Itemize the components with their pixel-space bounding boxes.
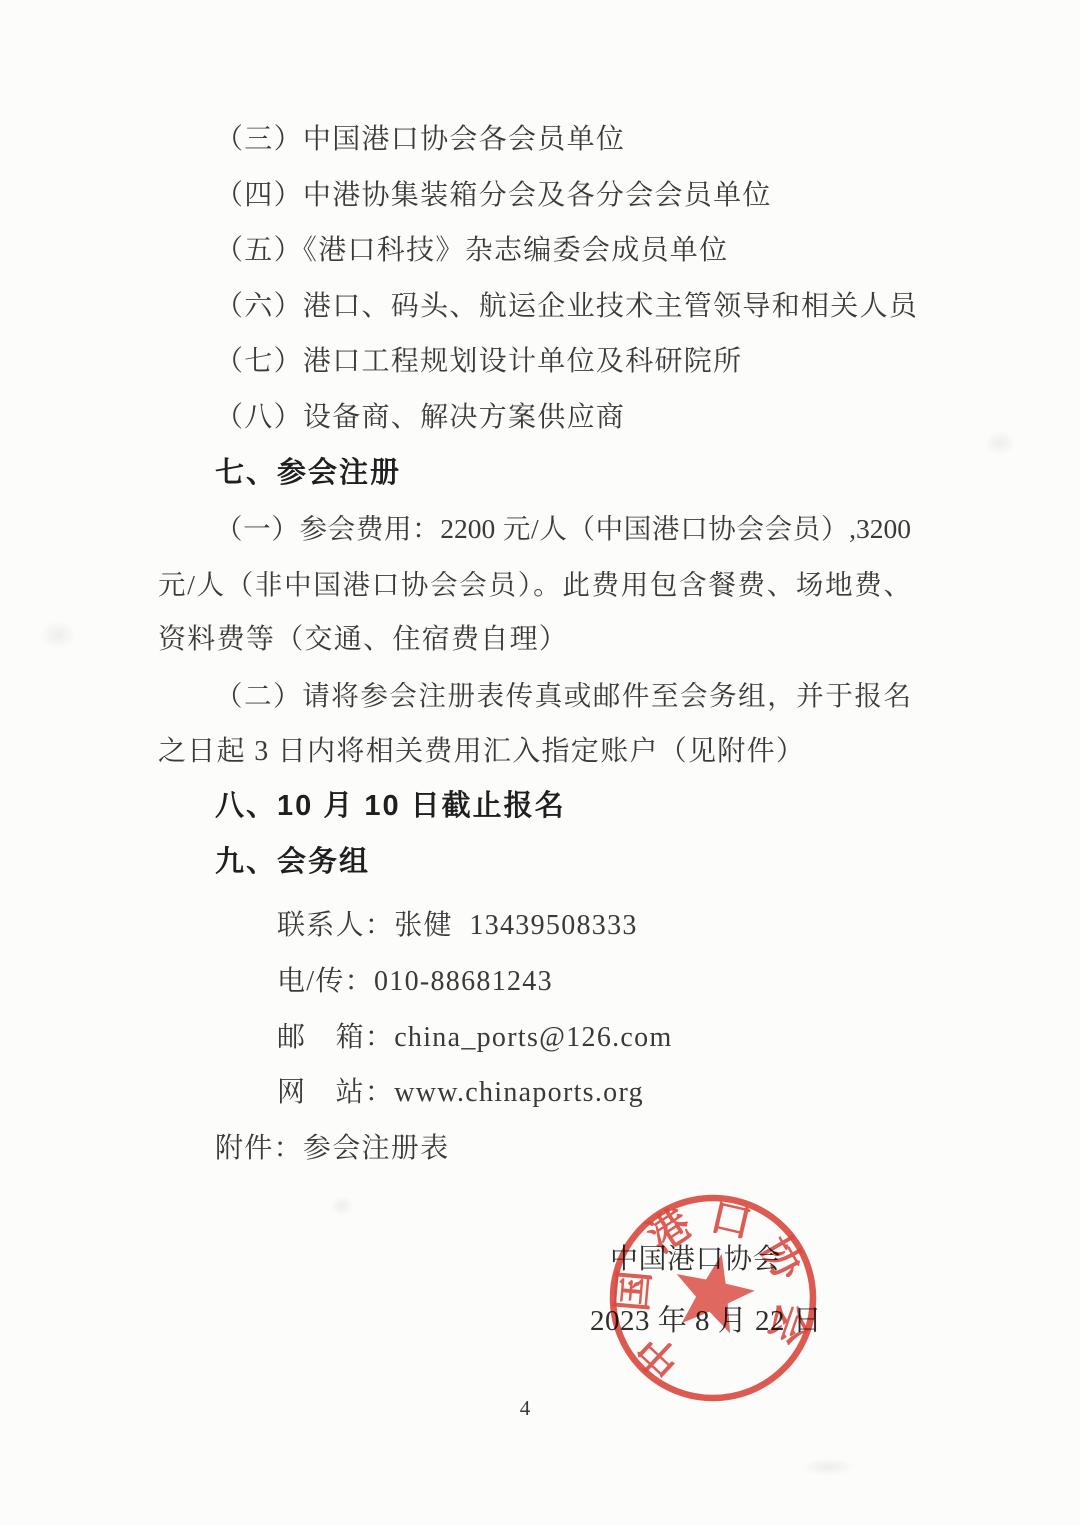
document-line: 资料费等（交通、住宿费自理）: [158, 612, 911, 668]
scan-smudge: [40, 620, 76, 650]
document-line: 元/人（非中国港口协会会员）。此费用包含餐费、场地费、: [158, 557, 911, 613]
seal-ring-char: 港: [640, 1200, 699, 1261]
seal-ring-char: 协: [752, 1229, 813, 1289]
document-line: 网 站：www.chinaports.org: [158, 1065, 911, 1121]
document-body: （三）中国港口协会各会员单位（四）中港协集装箱分会及各分会会员单位（五）《港口科…: [158, 112, 911, 1176]
document-page: （三）中国港口协会各会员单位（四）中港协集装箱分会及各分会会员单位（五）《港口科…: [0, 0, 1080, 1525]
seal-ring-char: 中: [628, 1326, 689, 1388]
seal-ring-char: 会: [760, 1297, 817, 1351]
document-line: 八、10 月 10 日截止报名: [158, 779, 911, 835]
scan-smudge: [800, 1458, 856, 1476]
document-line: 七、参会注册: [158, 446, 911, 502]
document-line: 电/传：010-88681243: [158, 954, 911, 1010]
official-seal-stamp: 中 国 港 口 协 会: [606, 1191, 820, 1405]
document-line: （八）设备商、解决方案供应商: [158, 390, 911, 446]
document-line: （三）中国港口协会各会员单位: [158, 112, 911, 168]
seal-ring-char: 国: [609, 1269, 658, 1314]
scan-smudge: [985, 430, 1015, 456]
document-line: （一）参会费用：2200 元/人（中国港口协会会员）,3200: [158, 501, 911, 557]
scan-smudge: [330, 1196, 354, 1216]
seal-ring-char: 口: [706, 1193, 756, 1247]
document-line: （二）请将参会注册表传真或邮件至会务组，并于报名: [158, 668, 911, 724]
document-line: （七）港口工程规划设计单位及科研院所: [158, 334, 911, 390]
document-line: 九、会务组: [158, 835, 911, 891]
document-line: （四）中港协集装箱分会及各分会会员单位: [158, 168, 911, 224]
document-line: （六）港口、码头、航运企业技术主管领导和相关人员: [158, 279, 911, 335]
document-line: 邮 箱：china_ports@126.com: [158, 1010, 911, 1066]
document-line: 之日起 3 日内将相关费用汇入指定账户（见附件）: [158, 724, 911, 780]
document-line: （五）《港口科技》杂志编委会成员单位: [158, 223, 911, 279]
document-line: 附件：参会注册表: [158, 1121, 911, 1177]
page-number: 4: [505, 1396, 545, 1421]
document-line: 联系人：张健 13439508333: [158, 898, 911, 954]
seal-star-icon: [667, 1246, 761, 1337]
